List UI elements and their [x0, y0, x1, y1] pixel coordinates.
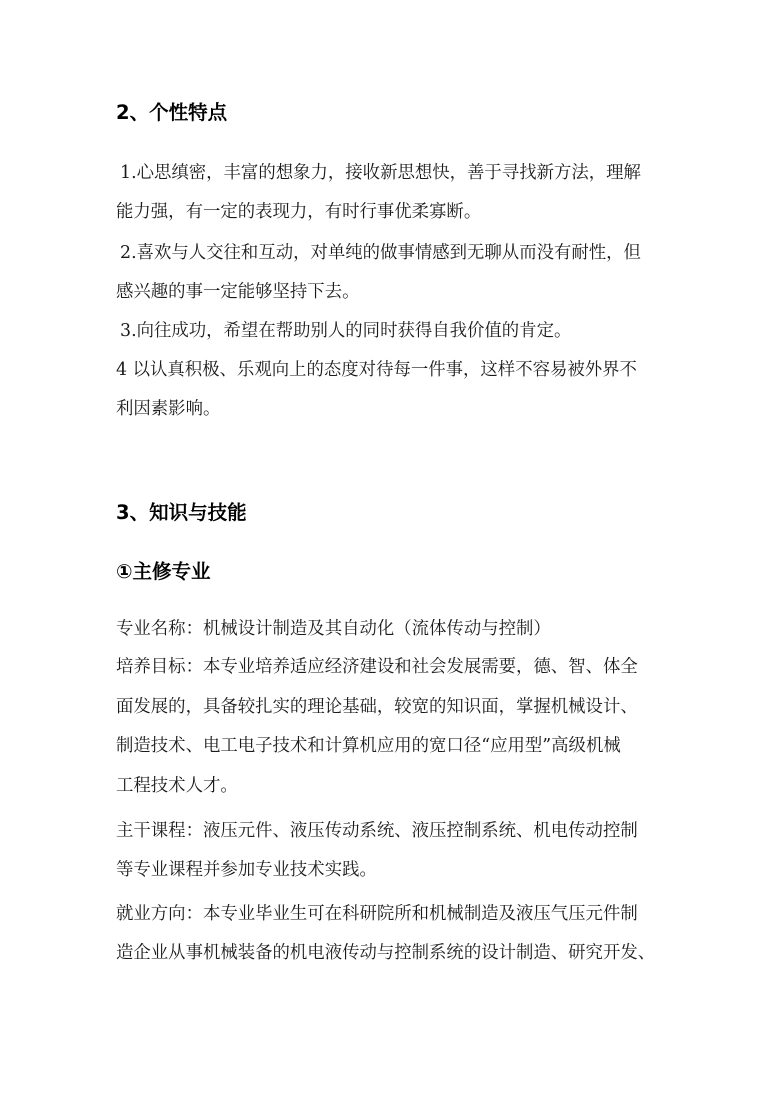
paragraph-line: 等专业课程并参加专业技术实践。	[116, 859, 377, 881]
paragraph-line: 3.向往成功，希望在帮助别人的同时获得自我价值的肯定。	[120, 320, 571, 342]
paragraph-line: 主干课程：液压元件、液压传动系统、液压控制系统、机电传动控制	[116, 820, 638, 842]
paragraph-line: 造企业从事机械装备的机电液传动与控制系统的设计制造、研究开发、	[116, 942, 655, 964]
paragraph-line: 面发展的，具备较扎实的理论基础，较宽的知识面，掌握机械设计、	[116, 696, 638, 718]
paragraph-line: 专业名称：机械设计制造及其自动化（流体传动与控制）	[116, 618, 551, 640]
paragraph-line: 1.心思缜密，丰富的想象力，接收新思想快，善于寻找新方法，理解	[120, 162, 641, 184]
paragraph-line: 感兴趣的事一定能够坚持下去。	[116, 281, 359, 303]
paragraph-line: 就业方向：本专业毕业生可在科研院所和机械制造及液压气压元件制	[116, 903, 638, 925]
paragraph-line: 培养目标：本专业培养适应经济建设和社会发展需要，德、智、体全	[116, 656, 638, 678]
document-page: 2、个性特点 1.心思缜密，丰富的想象力，接收新思想快，善于寻找新方法，理解 能…	[0, 0, 774, 1095]
paragraph-line: 2.喜欢与人交往和互动，对单纯的做事情感到无聊从而没有耐性，但	[120, 242, 641, 264]
section-heading-knowledge-skills: 3、知识与技能	[116, 501, 247, 525]
paragraph-line: 制造技术、电工电子技术和计算机应用的宽口径“应用型”高级机械	[116, 735, 621, 757]
paragraph-line: 能力强，有一定的表现力，有时行事优柔寡断。	[116, 201, 481, 223]
subheading-major: ①主修专业	[116, 560, 211, 584]
paragraph-line: 工程技术人才。	[116, 775, 238, 797]
section-heading-personality: 2、个性特点	[116, 101, 227, 125]
paragraph-line: 利因素影响。	[116, 398, 220, 420]
paragraph-line: 4 以认真积极、乐观向上的态度对待每一件事，这样不容易被外界不	[116, 359, 637, 381]
